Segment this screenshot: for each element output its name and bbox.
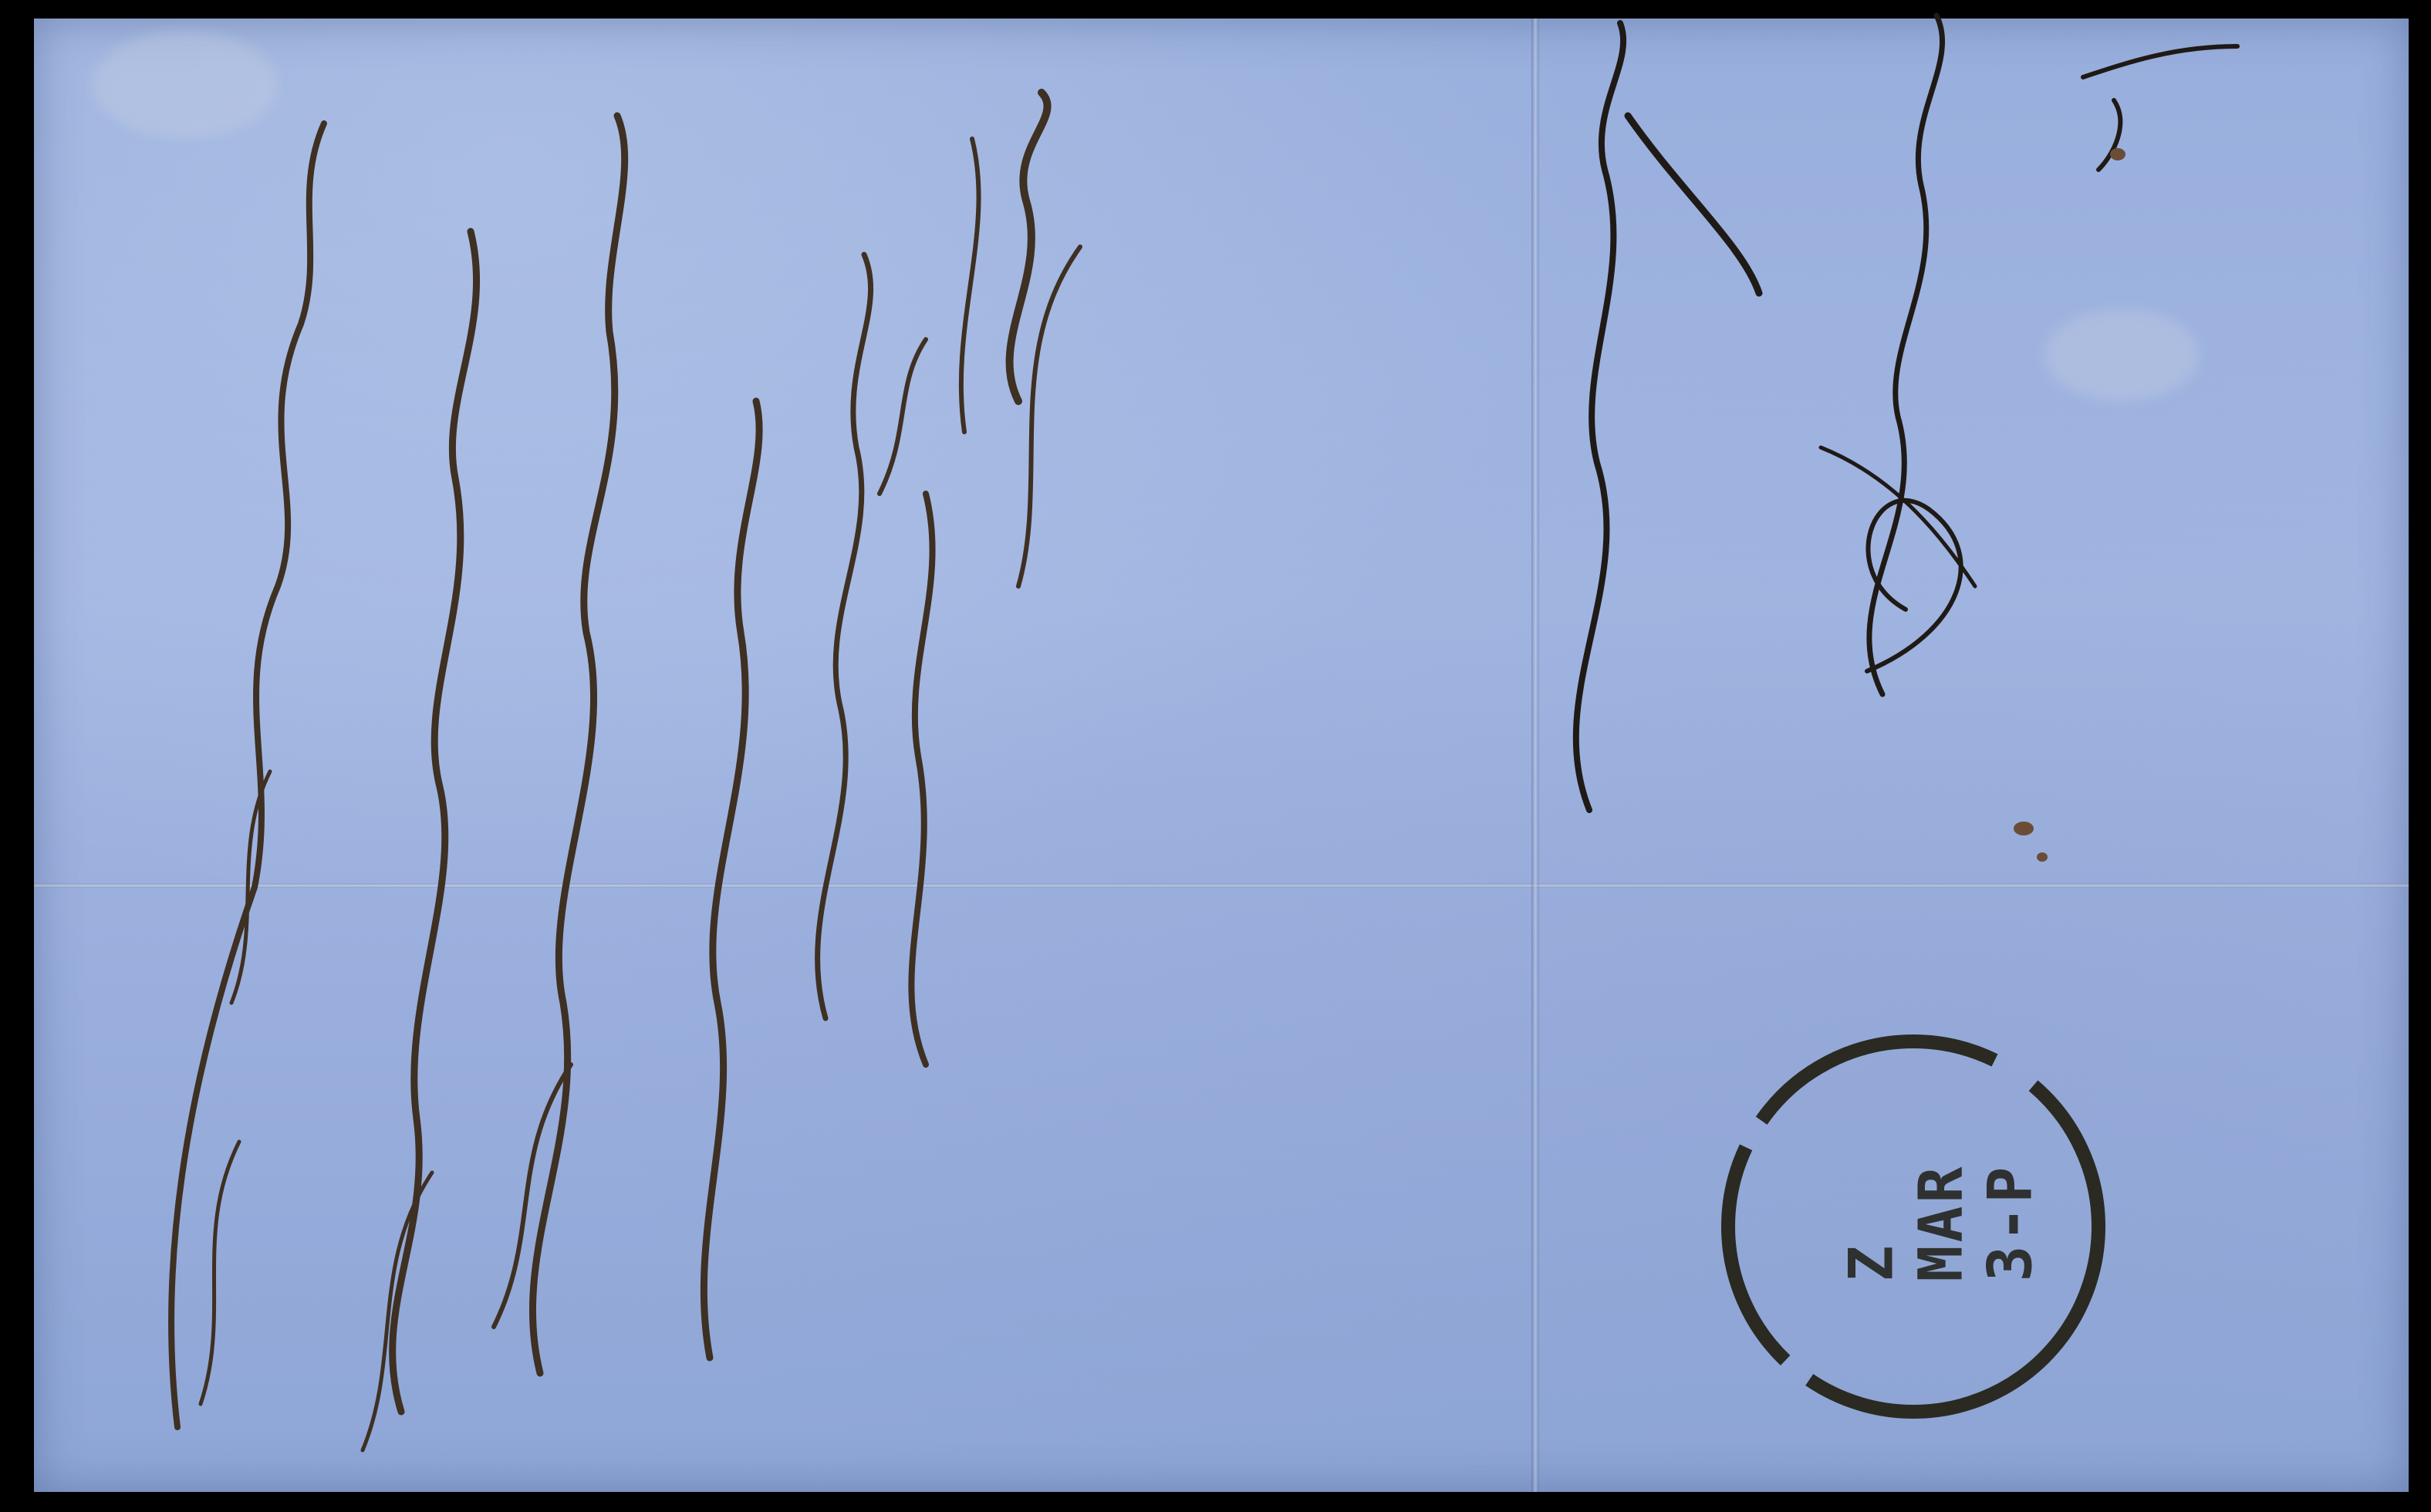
letter-body-handwriting: [171, 93, 1080, 1450]
ink-speck: [2014, 822, 2034, 835]
handwriting-layer: [0, 0, 2431, 1512]
postmark-date: Z MAR 3-P: [1837, 1164, 2045, 1282]
ink-speck: [2037, 852, 2048, 862]
ink-speck: [2110, 148, 2125, 160]
address-handwriting: [1576, 15, 2237, 810]
handwriting-svg: [0, 0, 2431, 1512]
